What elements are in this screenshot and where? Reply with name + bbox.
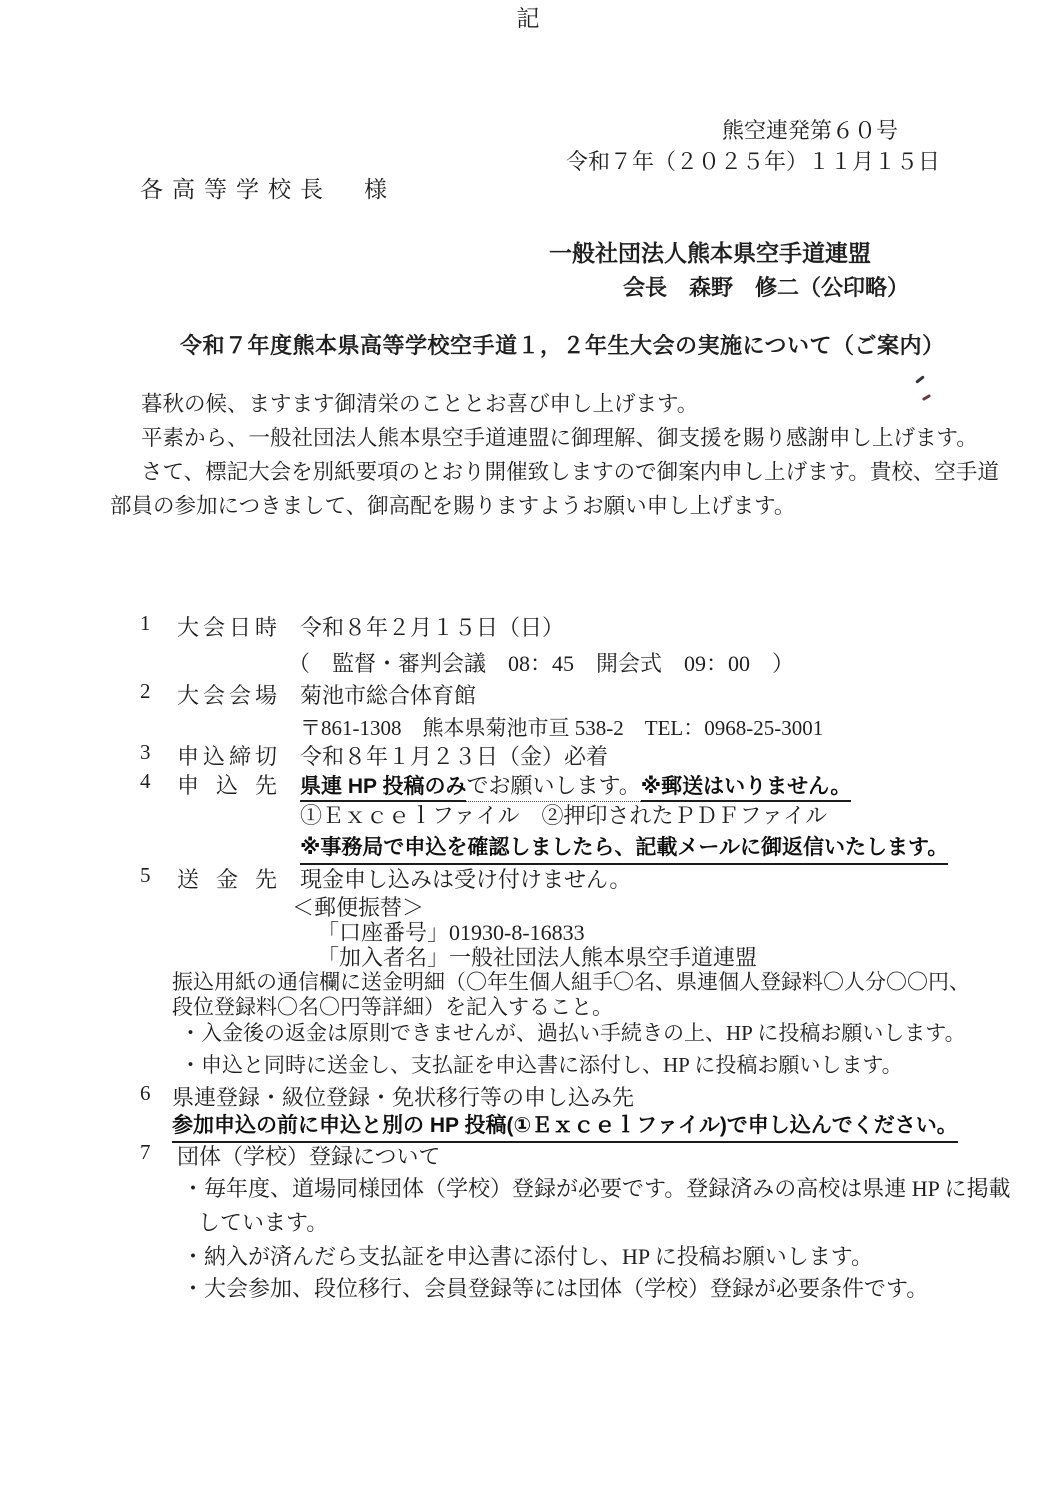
bullet-line: ・大会参加、段位移行、会員登録等には団体（学校）登録が必要条件です。	[182, 1272, 928, 1303]
venue-address: 〒861-1308 熊本県菊池市亘 538-2 TEL：0968-25-3001	[300, 712, 823, 742]
bullet-line: ・入金後の返金は原則できませんが、過払い手続きの上、HP に投稿お願いします。	[180, 1017, 966, 1047]
item-number: 4	[140, 769, 151, 794]
list-item-3: 3 申込締切 令和８年１月２３日（金）必着	[0, 740, 1058, 772]
item-content: 菊池市総合体育館	[300, 679, 476, 710]
list-item-2: 2 大会会場 菊池市総合体育館	[0, 679, 1058, 711]
item-content: 令和８年１月２３日（金）必着	[300, 740, 608, 771]
emphasis-text: 県連 HP 投稿のみ	[300, 775, 466, 802]
bullet-line: ・申込と同時に送金し、支払証を申込書に添付し、HP に投稿お願いします。	[180, 1049, 903, 1079]
scanned-letter-page: 熊空連発第６０号 令和７年（２０２５年）１１月１５日 各高等学校長 様 一般社団…	[0, 0, 1058, 1495]
bullet-continuation-line: しています。	[198, 1206, 328, 1237]
item-content: 令和８年２月１５日（日）	[300, 611, 564, 642]
item-number: 7	[140, 1140, 151, 1165]
doc-title: 令和７年度熊本県高等学校空手道１，２年生大会の実施について（ご案内）	[180, 329, 945, 360]
item-number: 2	[140, 679, 151, 704]
pre-application-notice: 参加申込の前に申込と別の HP 投稿(①Ｅｘｃｅｌファイル)で申し込んでください…	[172, 1109, 958, 1143]
item-number: 3	[140, 740, 151, 765]
item-label: 大会会場	[177, 679, 277, 710]
greeting-line: さて、標記大会を別紙要項のとおり開催致しますので御案内申し上げます。貴校、空手道	[110, 455, 999, 489]
item-label: 送金先	[177, 863, 277, 894]
list-item-1: 1 大会日時 令和８年２月１５日（日）	[0, 611, 1058, 643]
list-item-7: 7 団体（学校）登録について	[0, 1140, 1058, 1172]
item-content-text: でお願いします。	[466, 773, 640, 802]
office-confirm-notice: ※事務局で申込を確認しましたら、記載メールに御返信いたします。	[300, 831, 948, 865]
item-label: 県連登録・級位登録・免状移行等の申し込み先	[172, 1081, 634, 1112]
emphasis-text: ※郵送はいりません。	[641, 775, 852, 802]
item-content: 県連 HP 投稿のみでお願いします。※郵送はいりません。	[300, 769, 851, 800]
item-1-subline: （ 監督・審判会議 08：45 開会式 09：00 ）	[288, 647, 794, 678]
greeting-line: 暮秋の候、ますます御清栄のこととお喜び申し上げます。	[110, 387, 999, 421]
list-item-5: 5 送金先 現金申し込みは受け付けません。	[0, 863, 1058, 895]
greeting-paragraphs: 暮秋の候、ますます御清栄のこととお喜び申し上げます。 平素から、一般社団法人熊本…	[110, 387, 999, 523]
item-label: 申込先	[177, 769, 277, 800]
file-types-line: ①Ｅｘｃｅｌファイル ②押印されたＰＤＦファイル	[300, 799, 827, 830]
pen-mark-icon	[915, 375, 925, 384]
item-number: 6	[140, 1081, 151, 1106]
sender-org: 一般社団法人熊本県空手道連盟	[549, 235, 871, 268]
record-marker: 記	[0, 0, 1058, 33]
list-item-4: 4 申込先 県連 HP 投稿のみでお願いします。※郵送はいりません。	[0, 769, 1058, 801]
item-label: 団体（学校）登録について	[177, 1140, 441, 1171]
addressee: 各高等学校長 様	[140, 171, 396, 204]
item-label: 大会日時	[177, 611, 277, 642]
greeting-line: 平素から、一般社団法人熊本県空手道連盟に御理解、御支援を賜り感謝申し上げます。	[110, 421, 999, 455]
item-number: 5	[140, 863, 151, 888]
sender-name: 会長 森野 修二（公印略）	[623, 271, 909, 302]
item-content: 現金申し込みは受け付けません。	[300, 863, 631, 894]
item-label: 申込締切	[177, 740, 277, 771]
item-number: 1	[140, 611, 151, 636]
doc-number: 熊空連発第６０号	[722, 114, 898, 145]
bullet-line: ・納入が済んだら支払証を申込書に添付し、HP に投稿お願いします。	[182, 1240, 873, 1271]
greeting-line: 部員の参加につきまして、御高配を賜りますようお願い申し上げます。	[110, 489, 999, 523]
bullet-line: ・毎年度、道場同様団体（学校）登録が必要です。登録済みの高校は県連 HP に掲載	[182, 1172, 1011, 1203]
issue-date: 令和７年（２０２５年）１１月１５日	[566, 145, 940, 176]
